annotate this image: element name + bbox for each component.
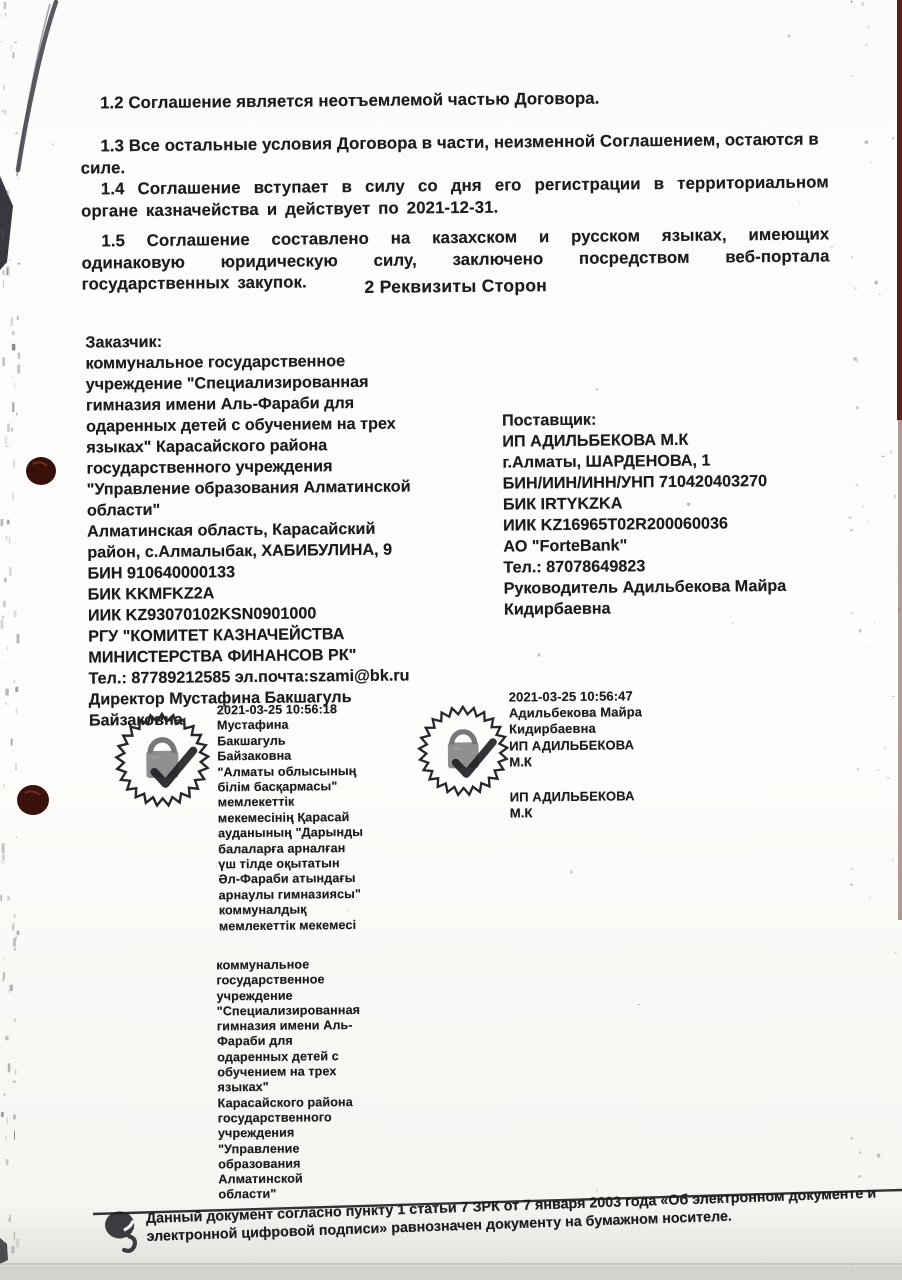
text-line: М.К [510,805,635,822]
text-line: "Алматы облысының [217,764,362,781]
text-line: обучением на трех [217,1064,360,1081]
text-line: мекемесінің Қарасай [218,810,363,827]
text-line: білім басқармасы" [218,779,363,796]
text-line: арнаулы гимназиясы" [219,887,364,904]
text-line: Байзаковна [217,748,362,765]
text-line: Карасайского района [218,1095,361,1112]
text-line: ауданының "Дарынды [218,825,363,842]
text-line: М.К [509,753,642,770]
text-line: мемлекеттік [218,794,363,811]
text-line: ИП АДИЛЬБЕКОВА [509,737,642,754]
text-line: Алматинской [218,1171,361,1188]
signature-left-text: 2021-03-25 10:56:18МустафинаБакшагульБай… [217,702,364,934]
scanned-document-page: 1.2 Соглашение является неотъемлемой час… [0,0,902,1280]
text-line: учреждение [217,988,360,1005]
customer-block: Заказчик: коммунальное государственноеуч… [85,329,469,732]
text-line: 2021-03-25 10:56:18 [217,702,362,719]
customer-lines: коммунальное государственноеучреждение "… [85,350,469,732]
eds-seal-left-icon [112,709,213,810]
text-line: коммунальное [216,957,359,974]
signature-left-org-ru: коммунальноегосударственноеучреждение"Сп… [216,957,362,1203]
text-line: учреждения [218,1125,361,1142]
eds-seal-right-icon [415,703,512,800]
text-line: государственное [216,972,359,989]
text-line: государственного [218,1110,361,1127]
text-line: Кидирбаевна [504,596,864,620]
text-line: Әл-Фараби атындағы [218,871,363,888]
text-line: гимназия имени Аль- [217,1018,360,1035]
text-line: образования [218,1156,361,1173]
paragraph-1-3: 1.3 Все остальные условия Договора в час… [80,128,828,178]
text-line: балаларға арналған [218,841,363,858]
signature-right-text: 2021-03-25 10:56:47Адильбекова МайраКиди… [509,688,643,770]
supplier-lines: ИП АДИЛЬБЕКОВА М.Кг.Алматы, ШАРДЕНОВА, 1… [502,428,864,620]
footer-stamp-icon [102,1209,144,1257]
text-line: "Управление [218,1141,361,1158]
paragraph-1-4: 1.4 Соглашение вступает в силу со дня ег… [81,171,829,221]
supplier-block: Поставщик: ИП АДИЛЬБЕКОВА М.Кг.Алматы, Ш… [502,407,864,620]
text-line: языках" [217,1079,360,1096]
text-line: ИП АДИЛЬБЕКОВА [510,788,635,805]
text-line: "Управление образования Алматинской [87,476,467,501]
text-line: Фараби для [217,1033,360,1050]
text-line: Мустафина [217,717,362,734]
text-line: Адильбекова Майра [509,704,642,721]
text-line: мемлекеттік мекемесі [219,918,364,935]
text-line: 2021-03-25 10:56:47 [509,688,642,705]
text-line: коммуналдық [219,902,364,919]
paragraph-1-2: 1.2 Соглашение является неотъемлемой час… [80,85,828,114]
signature-right-org: ИП АДИЛЬБЕКОВАМ.К [510,788,635,822]
document-content: 1.2 Соглашение является неотъемлемой час… [0,0,902,1280]
text-line: "Специализированная [217,1003,360,1020]
text-line: области" [218,1186,361,1203]
text-line: Кидирбаевна [509,721,642,738]
text-line: одаренных детей с [217,1049,360,1066]
text-line: Бакшагуль [217,733,362,750]
